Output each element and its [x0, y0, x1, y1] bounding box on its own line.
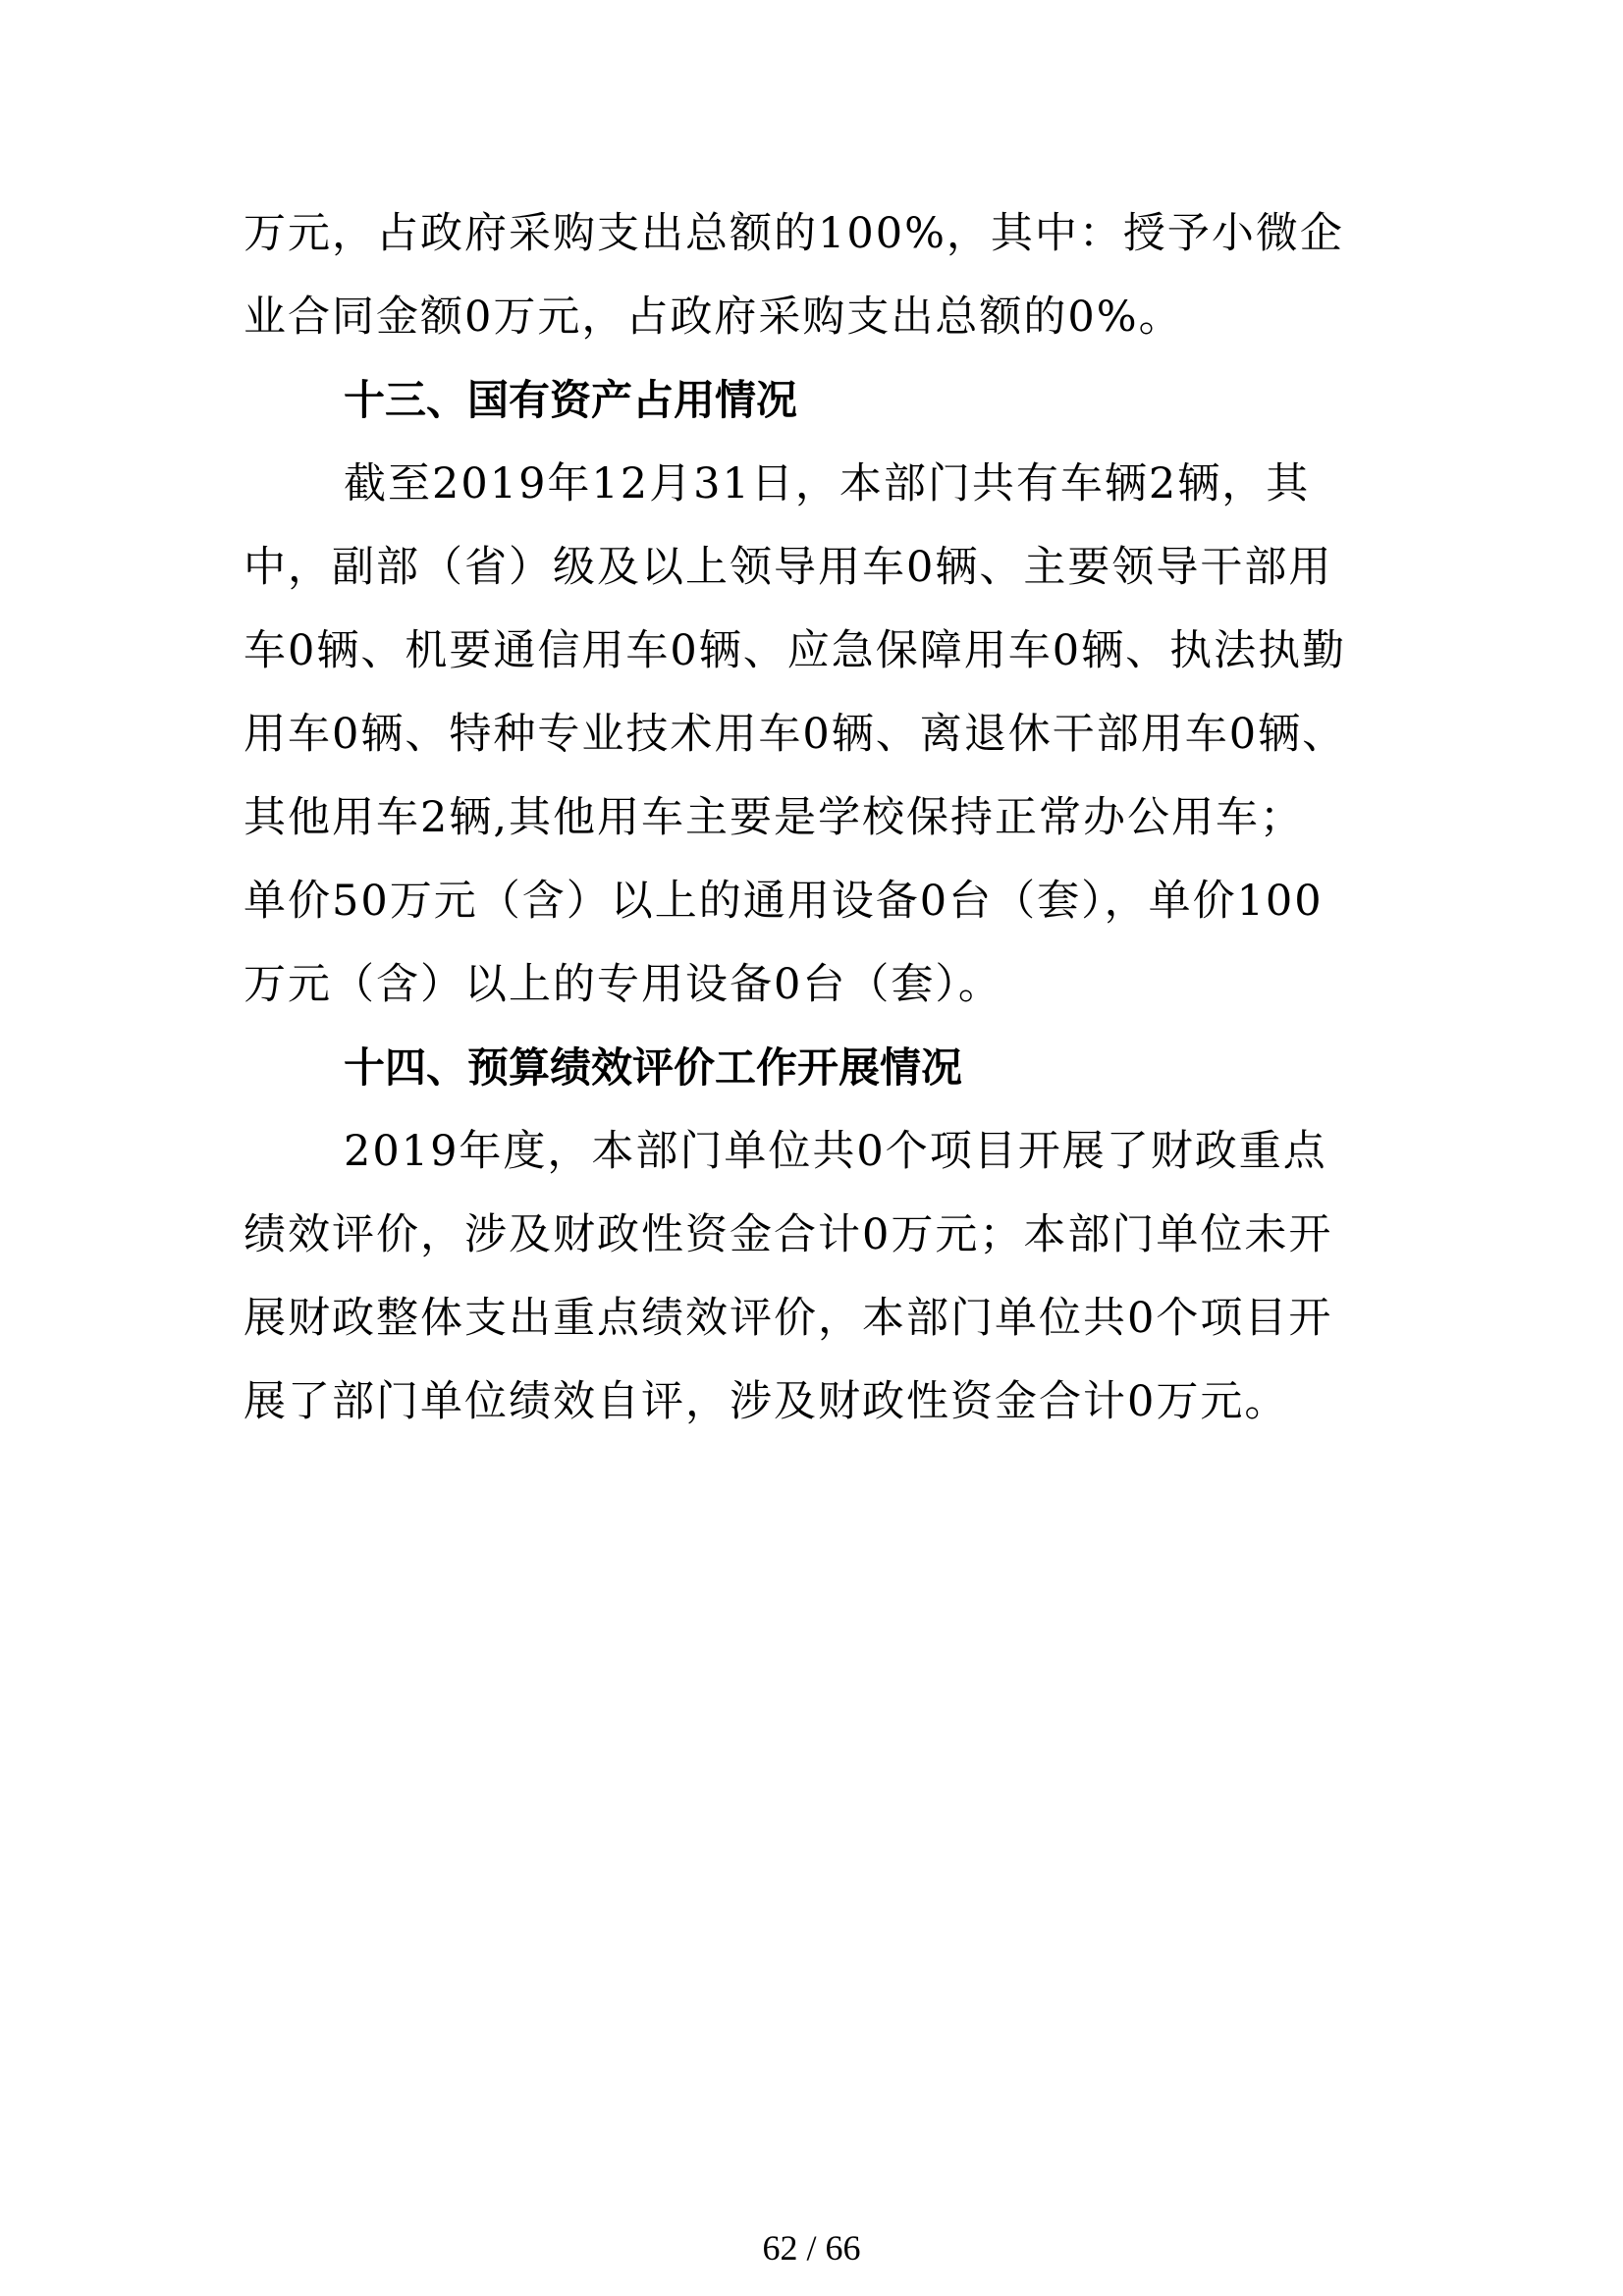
paragraph-line: 万元（含）以上的专用设备0台（套）。	[243, 955, 1392, 1014]
paragraph-line: 万元，占政府采购支出总额的100%，其中：授予小微企	[243, 204, 1392, 263]
page-number: 62 / 66	[0, 2226, 1623, 2269]
paragraph-line: 展财政整体支出重点绩效评价，本部门单位共0个项目开	[243, 1289, 1392, 1348]
paragraph-line: 2019年度，本部门单位共0个项目开展了财政重点	[344, 1122, 1394, 1181]
section-heading-state-assets: 十三、国有资产占用情况	[344, 371, 1394, 430]
paragraph-line: 中，副部（省）级及以上领导用车0辆、主要领导干部用	[243, 538, 1392, 597]
paragraph-line: 业合同金额0万元，占政府采购支出总额的0%。	[243, 288, 1392, 347]
paragraph-line: 展了部门单位绩效自评，涉及财政性资金合计0万元。	[243, 1372, 1392, 1431]
paragraph-line: 截至2019年12月31日，本部门共有车辆2辆，其	[344, 454, 1394, 513]
paragraph-line: 车0辆、机要通信用车0辆、应急保障用车0辆、执法执勤	[243, 621, 1392, 680]
paragraph-line: 其他用车2辆,其他用车主要是学校保持正常办公用车；	[243, 788, 1392, 847]
document-page: 万元，占政府采购支出总额的100%，其中：授予小微企 业合同金额0万元，占政府采…	[0, 0, 1623, 2296]
paragraph-line: 单价50万元（含）以上的通用设备0台（套），单价100	[243, 872, 1392, 931]
paragraph-line: 用车0辆、特种专业技术用车0辆、离退休干部用车0辆、	[243, 705, 1392, 764]
paragraph-line: 绩效评价，涉及财政性资金合计0万元；本部门单位未开	[243, 1205, 1392, 1264]
section-heading-performance-evaluation: 十四、预算绩效评价工作开展情况	[344, 1039, 1394, 1097]
